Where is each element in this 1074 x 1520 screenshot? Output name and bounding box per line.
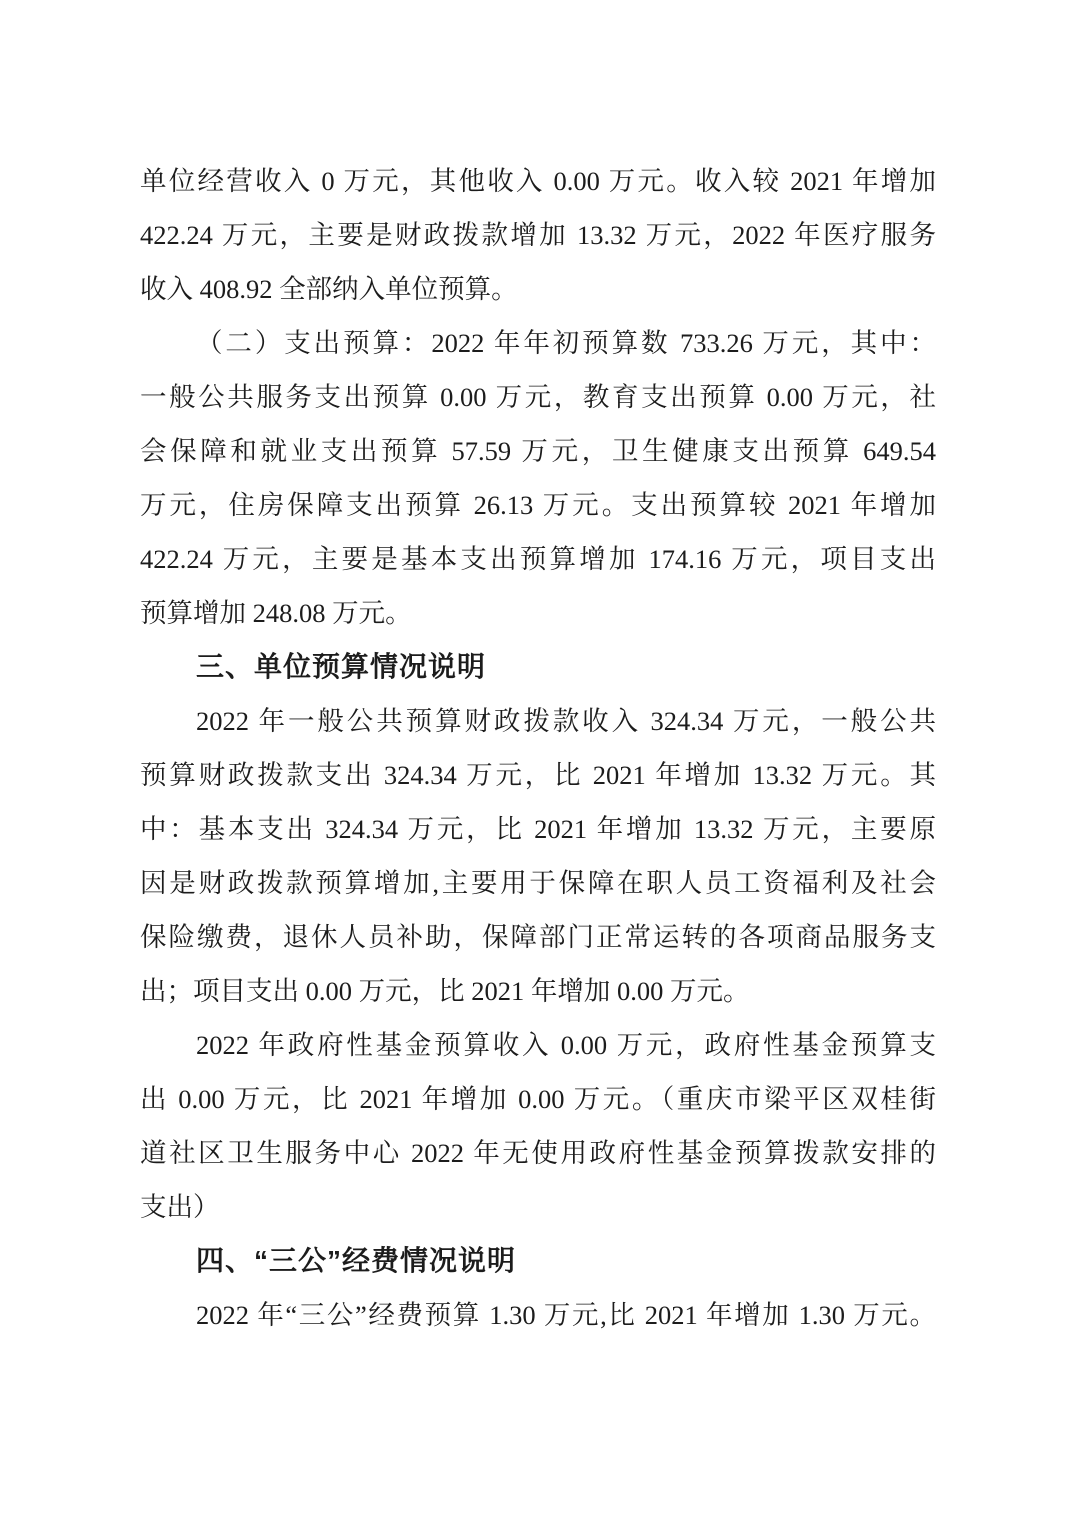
text-line: 支出） (140, 1180, 936, 1234)
text-line: （二）支出预算：2022 年年初预算数 733.26 万元，其中： (140, 316, 936, 370)
text-line: 出 0.00 万元，比 2021 年增加 0.00 万元。（重庆市梁平区双桂街 (140, 1072, 936, 1126)
text-line: 422.24 万元，主要是财政拨款增加 13.32 万元，2022 年医疗服务 (140, 208, 936, 262)
section-heading: 三、单位预算情况说明 (140, 640, 936, 694)
text-line: 出；项目支出 0.00 万元，比 2021 年增加 0.00 万元。 (140, 964, 936, 1018)
text-line: 2022 年政府性基金预算收入 0.00 万元，政府性基金预算支 (140, 1018, 936, 1072)
document-page: 单位经营收入 0 万元，其他收入 0.00 万元。收入较 2021 年增加422… (0, 0, 1074, 1520)
text-line: 收入 408.92 全部纳入单位预算。 (140, 262, 936, 316)
text-line: 2022 年“三公”经费预算 1.30 万元,比 2021 年增加 1.30 万… (140, 1288, 936, 1342)
text-line: 2022 年一般公共预算财政拨款收入 324.34 万元，一般公共 (140, 694, 936, 748)
text-line: 道社区卫生服务中心 2022 年无使用政府性基金预算拨款安排的 (140, 1126, 936, 1180)
text-line: 一般公共服务支出预算 0.00 万元，教育支出预算 0.00 万元，社 (140, 370, 936, 424)
text-line: 保险缴费，退休人员补助，保障部门正常运转的各项商品服务支 (140, 910, 936, 964)
text-line: 单位经营收入 0 万元，其他收入 0.00 万元。收入较 2021 年增加 (140, 154, 936, 208)
text-line: 预算财政拨款支出 324.34 万元，比 2021 年增加 13.32 万元。其 (140, 748, 936, 802)
text-line: 中：基本支出 324.34 万元，比 2021 年增加 13.32 万元，主要原 (140, 802, 936, 856)
text-line: 422.24 万元，主要是基本支出预算增加 174.16 万元，项目支出 (140, 532, 936, 586)
text-line: 因是财政拨款预算增加,主要用于保障在职人员工资福利及社会 (140, 856, 936, 910)
document-body: 单位经营收入 0 万元，其他收入 0.00 万元。收入较 2021 年增加422… (140, 154, 936, 1342)
text-line: 会保障和就业支出预算 57.59 万元，卫生健康支出预算 649.54 (140, 424, 936, 478)
text-line: 万元，住房保障支出预算 26.13 万元。支出预算较 2021 年增加 (140, 478, 936, 532)
text-line: 预算增加 248.08 万元。 (140, 586, 936, 640)
section-heading: 四、“三公”经费情况说明 (140, 1234, 936, 1288)
